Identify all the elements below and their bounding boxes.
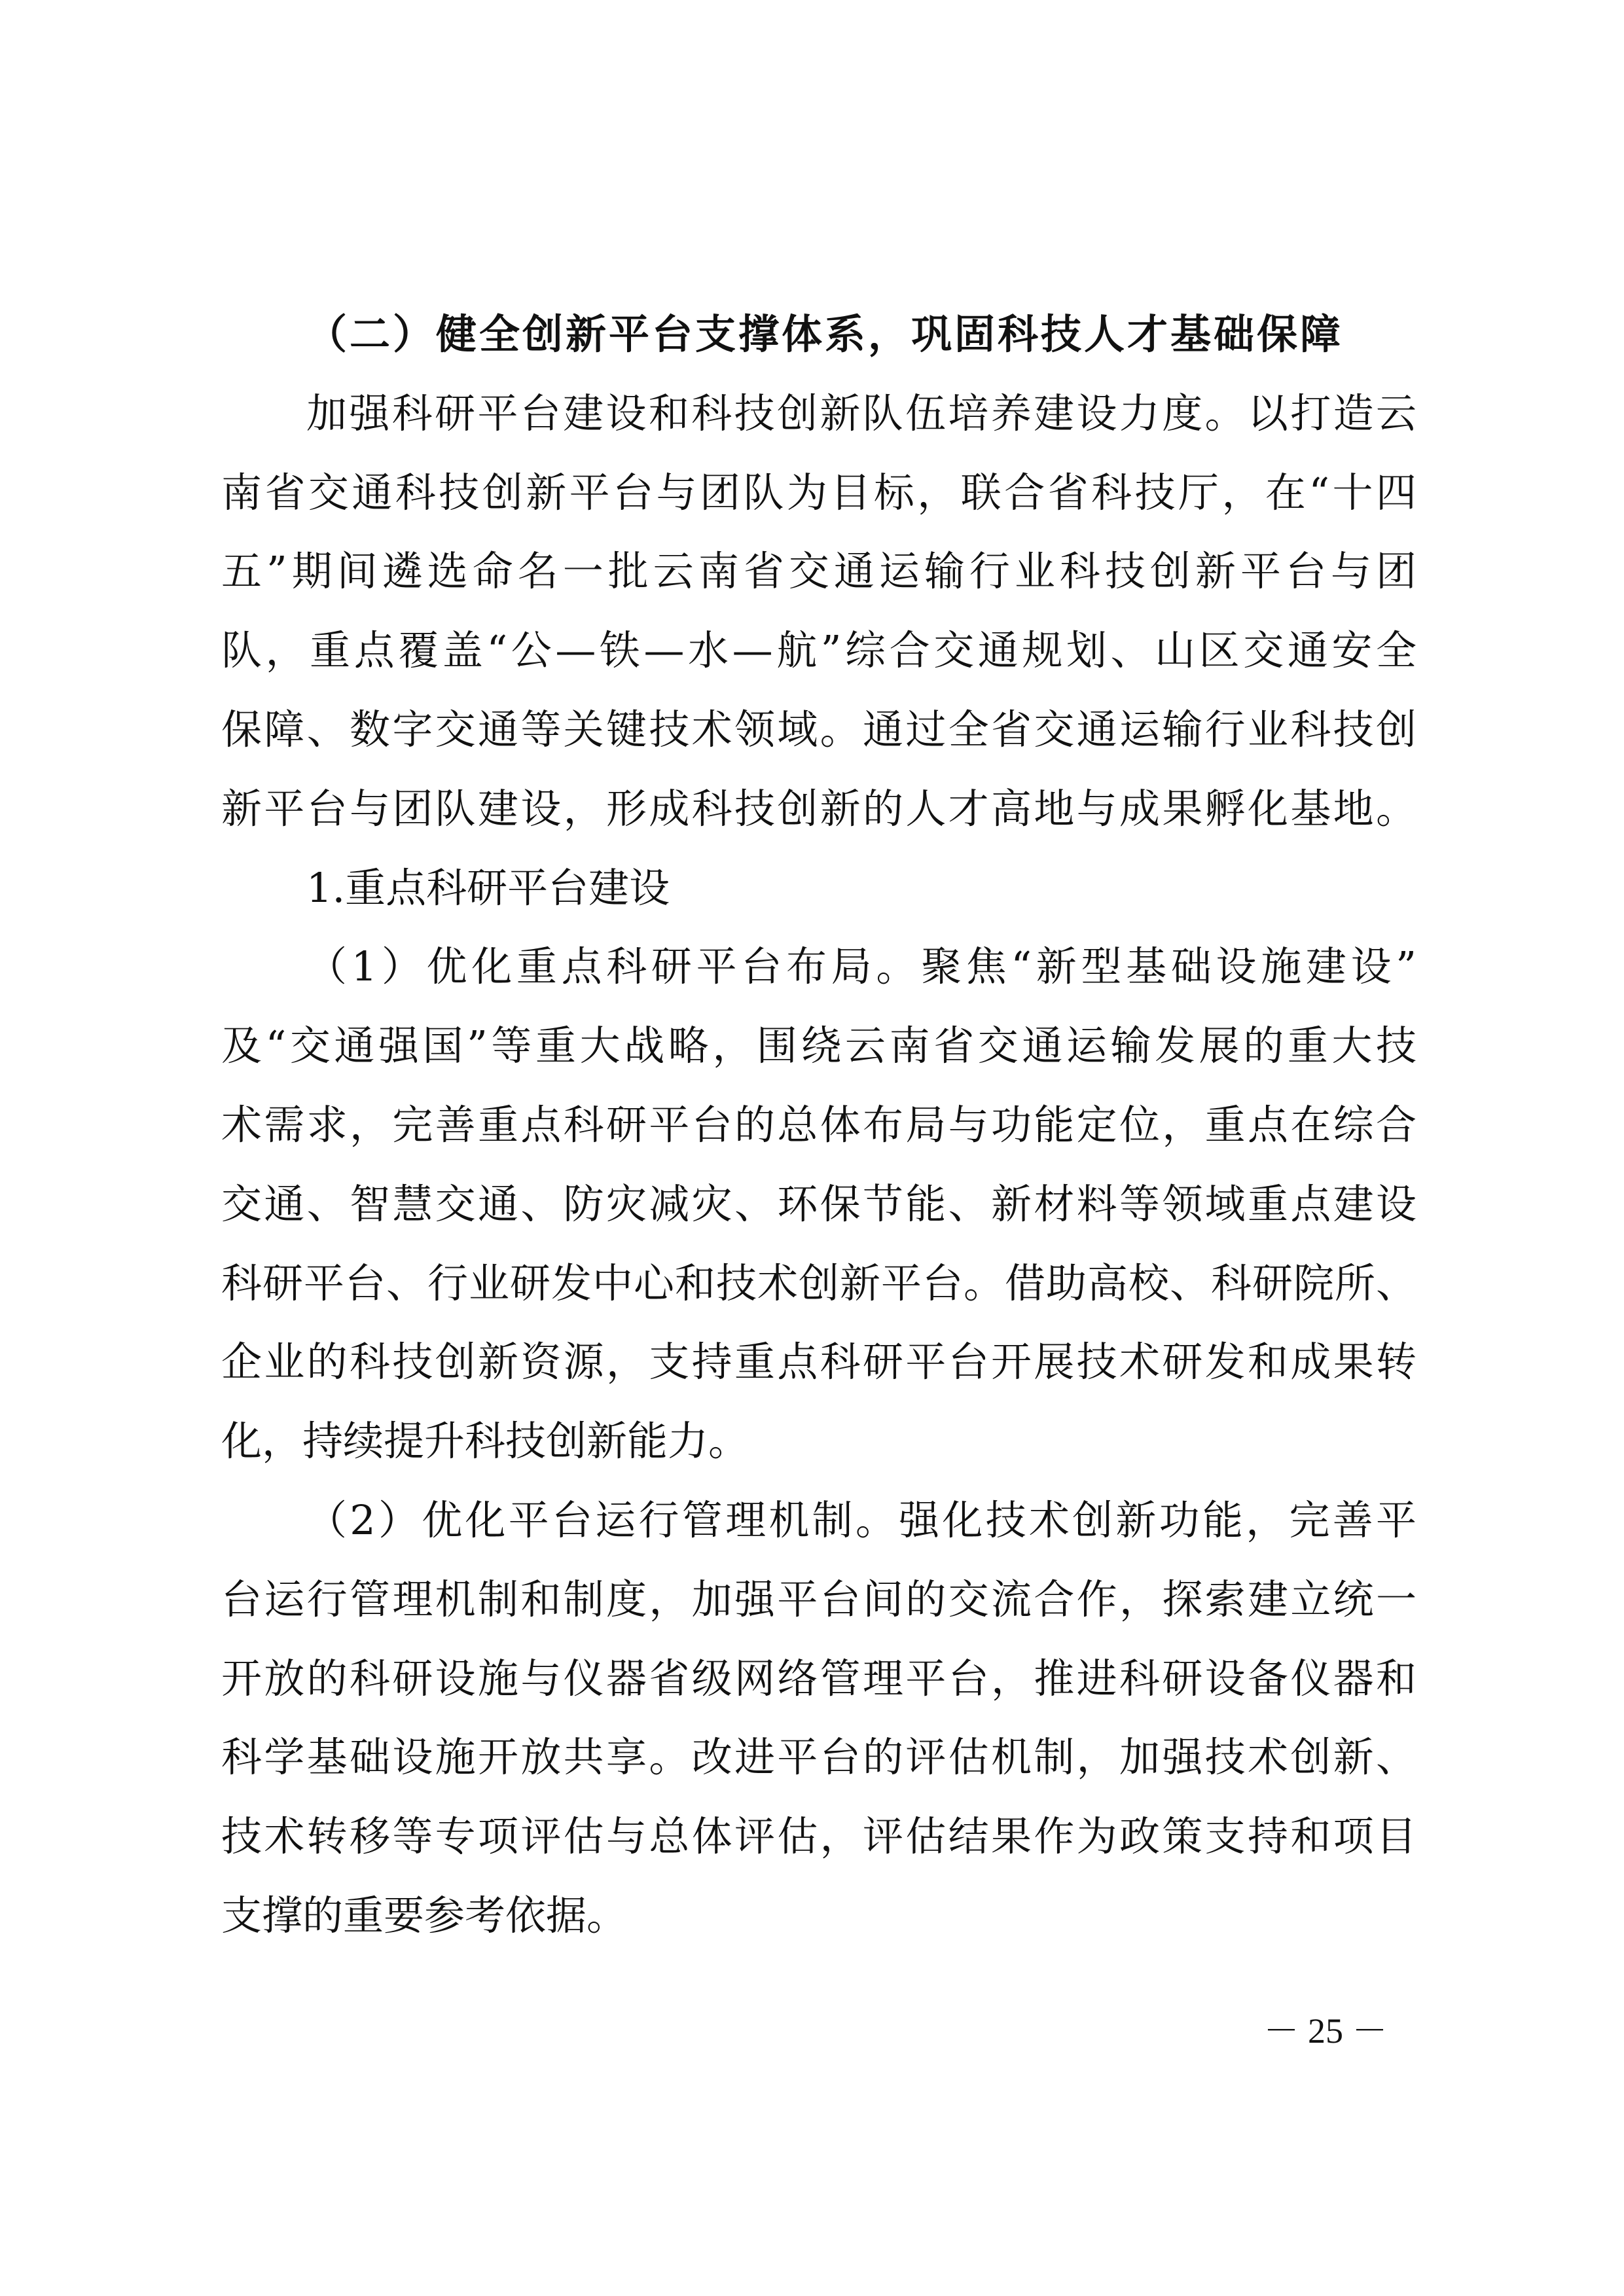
paragraph-intro-line: 队，重点覆盖“公—铁—水—航”综合交通规划、山区交通安全 (221, 611, 1416, 691)
paragraph-item-2-line: （2）优化平台运行管理机制。强化技术创新功能，完善平 (221, 1481, 1416, 1560)
paragraph-item-1-line: 术需求，完善重点科研平台的总体布局与功能定位，重点在综合 (221, 1086, 1416, 1165)
subheading-key-platforms: 1.重点科研平台建设 (221, 849, 1416, 928)
paragraph-item-2-line: 台运行管理机制和制度，加强平台间的交流合作，探索建立统一 (221, 1560, 1416, 1640)
paragraph-intro-line: 加强科研平台建设和科技创新队伍培养建设力度。以打造云 (221, 374, 1416, 454)
paragraph-item-2-line: 开放的科研设施与仪器省级网络管理平台，推进科研设备仪器和 (221, 1640, 1416, 1719)
page-number: － 25 － (1263, 2008, 1388, 2054)
paragraph-intro-line: 保障、数字交通等关键技术领域。通过全省交通运输行业科技创 (221, 691, 1416, 770)
paragraph-item-1-line: （1）优化重点科研平台布局。聚焦“新型基础设施建设” (221, 927, 1416, 1007)
paragraph-item-1-line: 及“交通强国”等重大战略，围绕云南省交通运输发展的重大技 (221, 1007, 1416, 1086)
paragraph-intro-line: 五”期间遴选命名一批云南省交通运输行业科技创新平台与团 (221, 532, 1416, 611)
section-heading: （二）健全创新平台支撑体系，巩固科技人才基础保障 (221, 295, 1416, 374)
paragraph-intro-line: 南省交通科技创新平台与团队为目标，联合省科技厅，在“十四 (221, 454, 1416, 533)
paragraph-item-2-line: 科学基础设施开放共享。改进平台的评估机制，加强技术创新、 (221, 1718, 1416, 1797)
paragraph-item-2-line: 支撑的重要参考依据。 (221, 1876, 1416, 1956)
paragraph-item-1-line: 企业的科技创新资源，支持重点科研平台开展技术研发和成果转 (221, 1323, 1416, 1402)
paragraph-item-1-line: 化，持续提升科技创新能力。 (221, 1402, 1416, 1481)
paragraph-intro-line: 新平台与团队建设，形成科技创新的人才高地与成果孵化基地。 (221, 770, 1416, 849)
paragraph-item-1-line: 交通、智慧交通、防灾减灾、环保节能、新材料等领域重点建设 (221, 1165, 1416, 1244)
body-text: （二）健全创新平台支撑体系，巩固科技人才基础保障 加强科研平台建设和科技创新队伍… (221, 295, 1416, 1956)
paragraph-item-2-line: 技术转移等专项评估与总体评估，评估结果作为政策支持和项目 (221, 1797, 1416, 1876)
paragraph-item-1-line: 科研平台、行业研发中心和技术创新平台。借助高校、科研院所、 (221, 1244, 1416, 1323)
document-page: （二）健全创新平台支撑体系，巩固科技人才基础保障 加强科研平台建设和科技创新队伍… (0, 0, 1624, 2296)
